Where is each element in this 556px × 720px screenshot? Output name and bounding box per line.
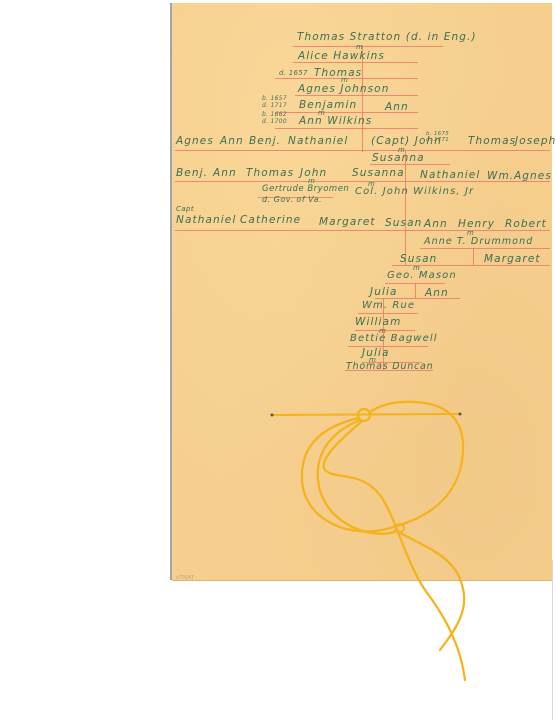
- binding-string: [0, 0, 556, 720]
